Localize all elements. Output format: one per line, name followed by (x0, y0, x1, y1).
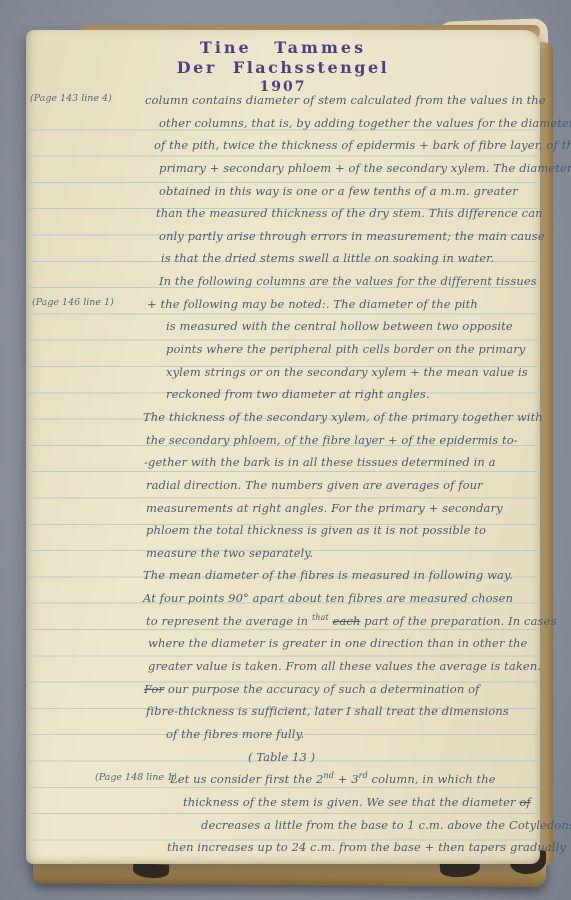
manuscript-line: is measured with the central hollow betw… (26, 314, 540, 337)
handwritten-text: column contains diameter of stem calcula… (145, 89, 546, 112)
handwritten-text: fibre-thickness is sufficient, later I s… (146, 700, 509, 723)
title-stamp: Tine Tammes Der Flachsstengel 1907 (26, 38, 540, 95)
handwritten-text: where the diameter is greater in one dir… (148, 632, 527, 655)
handwritten-text: obtained in this way is one or a few ten… (159, 180, 518, 203)
handwritten-text: of the pith, twice the thickness of epid… (154, 134, 571, 157)
manuscript-line: obtained in this way is one or a few ten… (26, 179, 540, 202)
handwritten-text: The mean diameter of the fibres is measu… (143, 564, 513, 587)
margin-page-ref: (Page 146 line 1) (32, 292, 114, 315)
manuscript-line: other columns, that is, by adding togeth… (26, 111, 540, 134)
handwritten-text: points where the peripheral pith cells b… (166, 338, 525, 361)
manuscript-line: measurements at right angles. For the pr… (26, 496, 540, 519)
handwritten-text: -gether with the bark is in all these ti… (144, 451, 496, 474)
manuscript-line: reckoned from two diameter at right angl… (26, 382, 540, 405)
handwritten-text: greater value is taken. From all these v… (148, 655, 541, 678)
title-author: Tine Tammes (26, 38, 540, 57)
manuscript-line: ( Table 13 ) (26, 745, 540, 768)
handwritten-text: thickness of the stem is given. We see t… (183, 791, 531, 814)
manuscript-line: the secondary phloem, of the fibre layer… (26, 428, 540, 451)
handwritten-text: is measured with the central hollow betw… (166, 315, 513, 338)
manuscript-line: radial direction. The numbers given are … (26, 473, 540, 496)
manuscript-line: then increases up to 24 c.m. from the ba… (26, 835, 540, 858)
manuscript-text: (Page 143 line 4)column contains diamete… (26, 88, 540, 858)
handwritten-text: measurements at right angles. For the pr… (146, 497, 503, 520)
manuscript-line: phloem the total thickness is given as i… (26, 518, 540, 541)
manuscript-line: than the measured thickness of the dry s… (26, 201, 540, 224)
manuscript-line: The thickness of the secondary xylem, of… (26, 405, 540, 428)
manuscript-line: to represent the average in that each pa… (26, 609, 540, 632)
handwritten-text: to represent the average in that each pa… (146, 610, 556, 633)
margin-page-ref: (Page 143 line 4) (30, 88, 112, 111)
handwritten-text: + the following may be noted:. The diame… (147, 293, 478, 316)
manuscript-line: thickness of the stem is given. We see t… (26, 790, 540, 813)
handwritten-text: ( Table 13 ) (248, 746, 315, 769)
handwritten-text: is that the dried stems swell a little o… (161, 247, 494, 270)
manuscript-line: where the diameter is greater in one dir… (26, 631, 540, 654)
handwritten-text: primary + secondary phloem + of the seco… (159, 157, 571, 180)
handwritten-text: The thickness of the secondary xylem, of… (143, 406, 543, 429)
manuscript-line: The mean diameter of the fibres is measu… (26, 563, 540, 586)
handwritten-text: of the fibres more fully. (166, 723, 304, 746)
manuscript-line: (Page 146 line 1)+ the following may be … (26, 292, 540, 315)
handwritten-text: than the measured thickness of the dry s… (156, 202, 543, 225)
handwritten-text: phloem the total thickness is given as i… (146, 519, 486, 542)
handwritten-text: xylem strings or on the secondary xylem … (166, 361, 528, 384)
handwritten-text: In the following columns are the values … (159, 270, 537, 293)
manuscript-line: (Page 148 line 1)Let us consider first t… (26, 767, 540, 790)
handwritten-text: other columns, that is, by adding togeth… (159, 112, 571, 135)
manuscript-line: greater value is taken. From all these v… (26, 654, 540, 677)
manuscript-line: only partly arise through errors in meas… (26, 224, 540, 247)
manuscript-line: For our purpose the accuracy of such a d… (26, 677, 540, 700)
manuscript-line: is that the dried stems swell a little o… (26, 246, 540, 269)
manuscript-line: measure the two separately. (26, 541, 540, 564)
handwritten-text: At four points 90° apart about ten fibre… (143, 587, 513, 610)
manuscript-line: decreases a little from the base to 1 c.… (26, 813, 540, 836)
manuscript-line: primary + secondary phloem + of the seco… (26, 156, 540, 179)
photo-background: Tine Tammes Der Flachsstengel 1907 (Page… (0, 0, 571, 900)
handwritten-text: decreases a little from the base to 1 c.… (201, 814, 571, 837)
manuscript-line: fibre-thickness is sufficient, later I s… (26, 699, 540, 722)
handwritten-text: For our purpose the accuracy of such a d… (144, 678, 479, 701)
manuscript-line: -gether with the bark is in all these ti… (26, 450, 540, 473)
manuscript-line: In the following columns are the values … (26, 269, 540, 292)
handwritten-text: Let us consider first the 2nd + 3rd colu… (170, 768, 496, 791)
handwritten-text: the secondary phloem, of the fibre layer… (146, 429, 518, 452)
notebook-page: Tine Tammes Der Flachsstengel 1907 (Page… (26, 30, 540, 864)
handwritten-text: radial direction. The numbers given are … (146, 474, 483, 497)
margin-page-ref: (Page 148 line 1) (95, 767, 177, 790)
manuscript-line: of the fibres more fully. (26, 722, 540, 745)
handwritten-text: then increases up to 24 c.m. from the ba… (167, 836, 566, 859)
manuscript-line: At four points 90° apart about ten fibre… (26, 586, 540, 609)
handwritten-text: only partly arise through errors in meas… (159, 225, 545, 248)
manuscript-line: (Page 143 line 4)column contains diamete… (26, 88, 540, 111)
manuscript-line: of the pith, twice the thickness of epid… (26, 133, 540, 156)
handwritten-text: reckoned from two diameter at right angl… (166, 383, 430, 406)
title-work: Der Flachsstengel (26, 58, 540, 77)
handwritten-text: measure the two separately. (146, 542, 313, 565)
manuscript-line: xylem strings or on the secondary xylem … (26, 360, 540, 383)
manuscript-line: points where the peripheral pith cells b… (26, 337, 540, 360)
